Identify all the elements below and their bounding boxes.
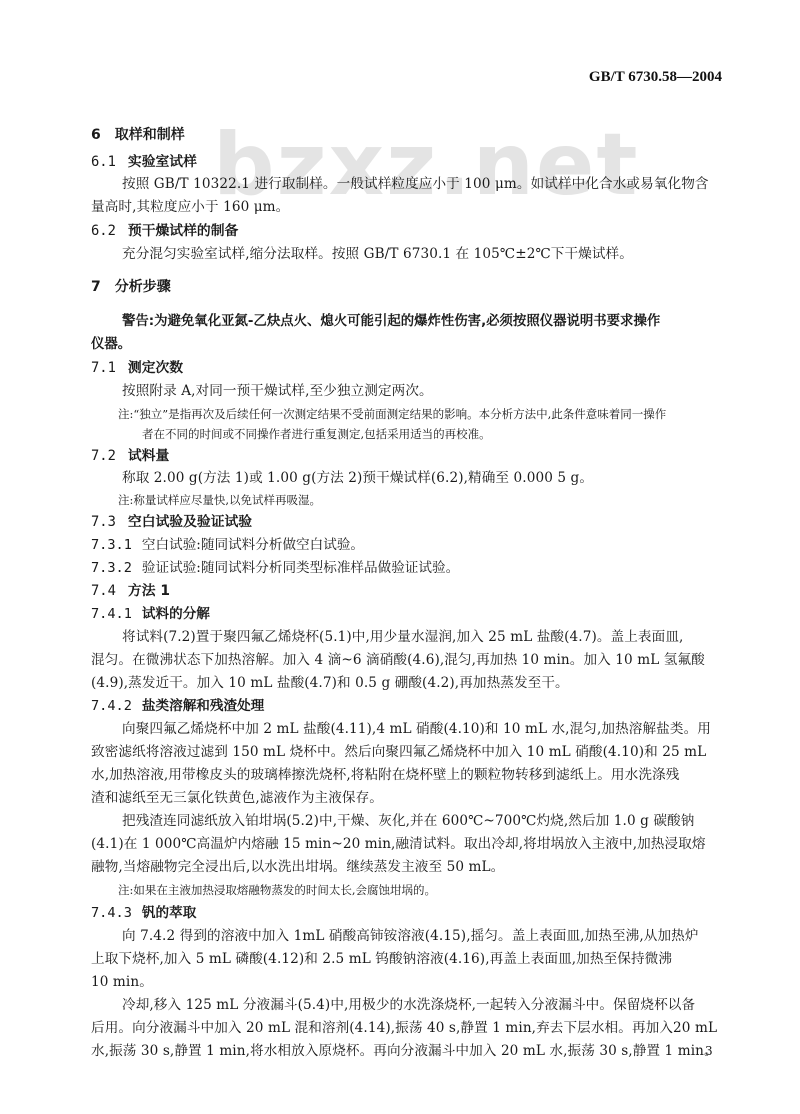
- paragraph-line: (4.9),蒸发近干。加入 10 mL 盐酸(4.7)和 0.5 g 硼酸(4.…: [91, 673, 569, 693]
- subsection-text: 空白试验:随同试料分析做空白试验。: [142, 537, 364, 553]
- section-number: 7: [91, 279, 101, 295]
- paragraph-line: 融物,当熔融物完全浸出后,以水洗出坩埚。继续蒸发主液至 50 mL。: [91, 857, 504, 877]
- warning-text: 仪器。: [91, 335, 131, 355]
- section-number: 7.4.2: [91, 698, 132, 714]
- paragraph-line: 渣和滤纸至无三氯化铁黄色,滤液作为主液保存。: [91, 788, 383, 808]
- paragraph-line: 上取下烧杯,加入 5 mL 磷酸(4.12)和 2.5 mL 钨酸钠溶液(4.1…: [91, 949, 672, 969]
- section-title: 分析步骤: [115, 279, 171, 295]
- warning-text: 警告:为避免氧化亚氮-乙炔点火、熄火可能引起的爆炸性伤害,必须按照仪器说明书要求…: [91, 312, 660, 332]
- section-number: 7.4: [91, 583, 116, 599]
- paragraph-line: 向 7.4.2 得到的溶液中加入 1mL 硝酸高铈铵溶液(4.15),摇匀。盖上…: [91, 926, 699, 946]
- section-heading-6: 6取样和制样: [91, 125, 185, 145]
- section-title: 试料的分解: [142, 606, 210, 622]
- section-title: 试料量: [128, 448, 169, 464]
- section-title: 空白试验及验证试验: [128, 514, 252, 530]
- note-line: 注:称量试样应尽量快,以免试样再吸湿。: [91, 490, 321, 510]
- section-title: 预干燥试样的制备: [128, 223, 238, 239]
- standard-code-header: GB/T 6730.58—2004: [589, 69, 722, 86]
- section-number: 6: [91, 127, 101, 143]
- subsection-7-3-1: 7.3.1空白试验:随同试料分析做空白试验。: [91, 535, 364, 555]
- subsection-text: 验证试验:随同试料分析同类型标准样品做验证试验。: [142, 560, 459, 576]
- watermark: bzxz.net: [213, 122, 639, 208]
- paragraph-line: 将试料(7.2)置于聚四氟乙烯烧杯(5.1)中,用少量水湿润,加入 25 mL …: [91, 627, 683, 647]
- paragraph-line: 冷却,移入 125 mL 分液漏斗(5.4)中,用极少的水洗涤烧杯,一起转入分液…: [91, 995, 695, 1015]
- section-heading-7: 7分析步骤: [91, 277, 171, 297]
- paragraph-line: 10 min。: [91, 972, 153, 992]
- paragraph-line: 水,加热溶液,用带橡皮头的玻璃棒擦洗烧杯,将粘附在烧杯壁上的颗粒物转移到滤纸上。…: [91, 765, 679, 785]
- paragraph-line: (4.1)在 1 000℃高温炉内熔融 15 min~20 min,融清试料。取…: [91, 834, 706, 854]
- paragraph-line: 致密滤纸将溶液过滤到 150 mL 烧杯中。然后向聚四氟乙烯烧杯中加入 10 m…: [91, 742, 706, 762]
- paragraph-line: 水,振荡 30 s,静置 1 min,将水相放入原烧杯。再向分液漏斗中加入 20…: [91, 1041, 718, 1061]
- paragraph-line: 向聚四氟乙烯烧杯中加 2 mL 盐酸(4.11),4 mL 硝酸(4.10)和 …: [91, 719, 711, 739]
- paragraph-line: 称取 2.00 g(方法 1)或 1.00 g(方法 2)预干燥试样(6.2),…: [91, 468, 593, 488]
- section-number: 7.2: [91, 448, 116, 464]
- section-number: 7.3.1: [91, 537, 132, 553]
- section-title: 测定次数: [128, 360, 183, 376]
- paragraph-line: 量高时,其粒度应小于 160 μm。: [91, 197, 289, 217]
- paragraph-line: 按照附录 A,对同一预干燥试样,至少独立测定两次。: [91, 381, 433, 401]
- section-heading-7-2: 7.2试料量: [91, 446, 169, 466]
- section-number: 6.1: [91, 154, 116, 170]
- section-heading-7-4-3: 7.4.3钒的萃取: [91, 903, 196, 923]
- section-number: 7.4.3: [91, 905, 132, 921]
- note-line: 者在不同的时间或不同操作者进行重复测定,包括采用适当的再校准。: [91, 424, 491, 444]
- section-number: 7.1: [91, 360, 116, 376]
- section-number: 6.2: [91, 223, 116, 239]
- paragraph-line: 后用。向分液漏斗中加入 20 mL 混和溶剂(4.14),振荡 40 s,静置 …: [91, 1018, 717, 1038]
- subsection-7-3-2: 7.3.2验证试验:随同试料分析同类型标准样品做验证试验。: [91, 558, 459, 578]
- section-heading-7-4-1: 7.4.1试料的分解: [91, 604, 210, 624]
- note-line: 注:如果在主液加热浸取熔融物蒸发的时间太长,会腐蚀坩埚的。: [91, 880, 436, 900]
- section-heading-7-1: 7.1测定次数: [91, 358, 183, 378]
- section-heading-6-1: 6.1实验室试样: [91, 152, 197, 172]
- paragraph-line: 把残渣连同滤纸放入铂坩埚(5.2)中,干燥、灰化,并在 600℃~700℃灼烧,…: [91, 811, 694, 831]
- section-title: 实验室试样: [128, 154, 197, 170]
- paragraph-line: 按照 GB/T 10322.1 进行取制样。一般试样粒度应小于 100 μm。如…: [91, 174, 709, 194]
- section-number: 7.3.2: [91, 560, 132, 576]
- section-title: 盐类溶解和残渣处理: [142, 698, 264, 714]
- section-heading-7-4: 7.4方法 1: [91, 581, 170, 601]
- section-title: 钒的萃取: [142, 905, 196, 921]
- section-heading-7-4-2: 7.4.2盐类溶解和残渣处理: [91, 696, 264, 716]
- section-title: 方法 1: [128, 583, 170, 599]
- section-title: 取样和制样: [115, 127, 185, 143]
- section-heading-7-3: 7.3空白试验及验证试验: [91, 512, 252, 532]
- section-heading-6-2: 6.2预干燥试样的制备: [91, 221, 238, 241]
- section-number: 7.4.1: [91, 606, 132, 622]
- paragraph-line: 混匀。在微沸状态下加热溶解。加入 4 滴~6 滴硝酸(4.6),混匀,再加热 1…: [91, 650, 705, 670]
- note-line: 注:“独立”是指再次及后续任何一次测定结果不受前面测定结果的影响。本分析方法中,…: [91, 404, 666, 424]
- paragraph-line: 充分混匀实验室试样,缩分法取样。按照 GB/T 6730.1 在 105℃±2℃…: [91, 244, 633, 264]
- section-number: 7.3: [91, 514, 116, 530]
